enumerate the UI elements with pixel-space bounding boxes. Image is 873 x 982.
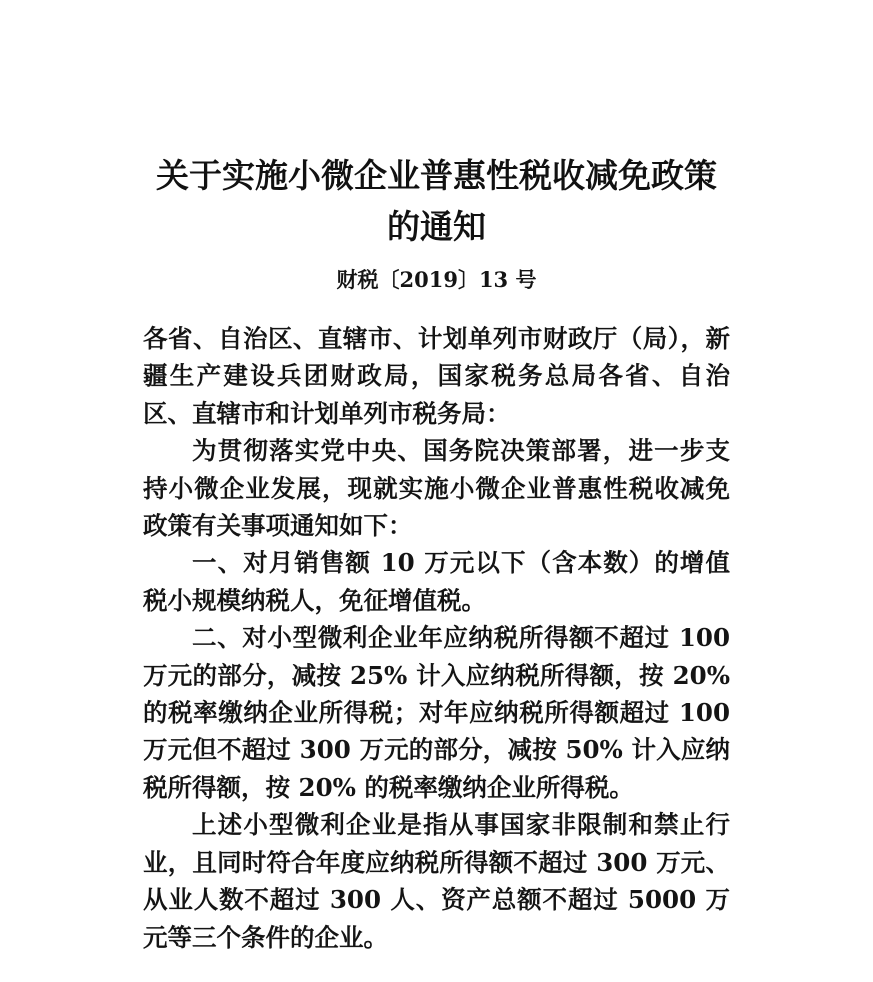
paragraph-article-2: 二、对小型微利企业年应纳税所得额不超过 100 万元的部分，减按 25% 计入应…	[143, 619, 730, 806]
document-body: 各省、自治区、直辖市、计划单列市财政厅（局），新疆生产建设兵团财政局，国家税务总…	[143, 320, 730, 956]
paragraph-article-2-definition: 上述小型微利企业是指从事国家非限制和禁止行业，且同时符合年度应纳税所得额不超过 …	[143, 806, 730, 956]
document-title: 关于实施小微企业普惠性税收减免政策 的通知	[143, 150, 730, 252]
document-title-line-1: 关于实施小微企业普惠性税收减免政策	[156, 156, 717, 195]
paragraph-article-1: 一、对月销售额 10 万元以下（含本数）的增值税小规模纳税人，免征增值税。	[143, 544, 730, 619]
paragraph-preamble: 为贯彻落实党中央、国务院决策部署，进一步支持小微企业发展，现就实施小微企业普惠性…	[143, 432, 730, 544]
document-page: 关于实施小微企业普惠性税收减免政策 的通知 财税〔2019〕13 号 各省、自治…	[0, 0, 873, 982]
paragraph-salutation: 各省、自治区、直辖市、计划单列市财政厅（局），新疆生产建设兵团财政局，国家税务总…	[143, 320, 730, 432]
document-number: 财税〔2019〕13 号	[143, 268, 730, 292]
document-title-line-2: 的通知	[387, 207, 486, 246]
